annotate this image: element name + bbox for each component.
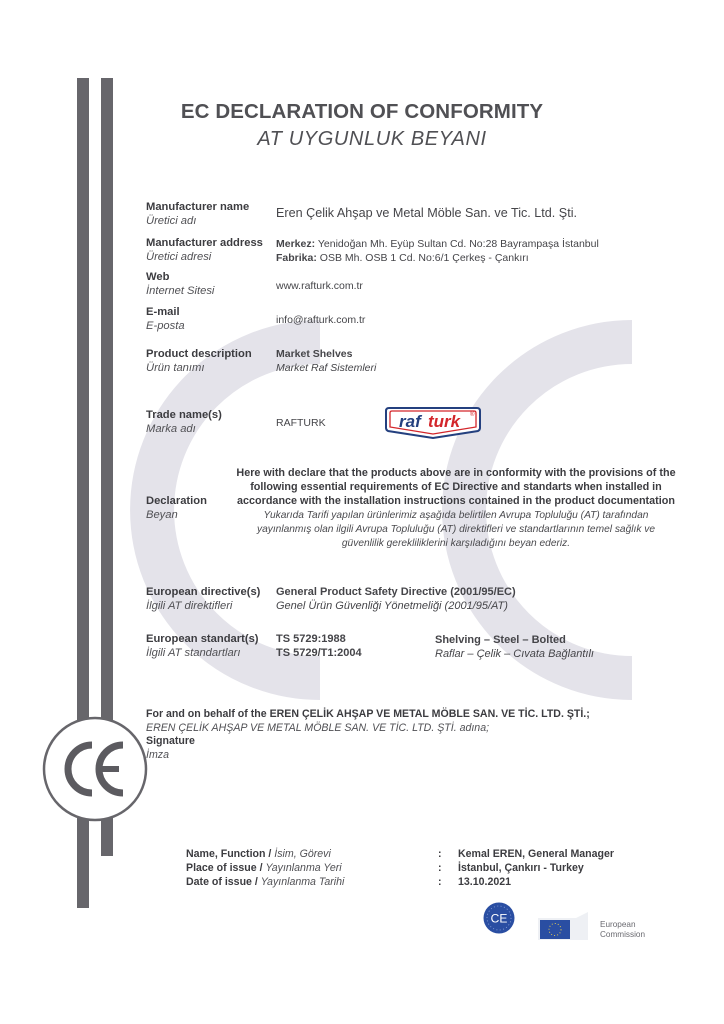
standards-label: European standart(s) İlgili AT standartl… xyxy=(146,632,259,660)
signatory-row: Place of issue / Yayınlanma Yeri : İstan… xyxy=(186,861,614,875)
signature-label-tr: İmza xyxy=(146,749,590,763)
on-behalf-tr: EREN ÇELİK AHŞAP VE METAL MÖBLE SAN. VE … xyxy=(146,722,590,736)
email-link[interactable]: info@rafturk.com.tr xyxy=(276,313,365,327)
manufacturer-name-value: Eren Çelik Ahşap ve Metal Möble San. ve … xyxy=(276,206,577,220)
web-link[interactable]: www.rafturk.com.tr xyxy=(276,279,363,293)
svg-text:turk: turk xyxy=(428,412,462,431)
svg-text:CE: CE xyxy=(491,912,508,926)
on-behalf-block: For and on behalf of the EREN ÇELİK AHŞA… xyxy=(146,708,590,763)
hq-address: Yenidoğan Mh. Eyüp Sultan Cd. No:28 Bayr… xyxy=(318,238,599,250)
standards-codes: TS 5729:1988 TS 5729/T1:2004 xyxy=(276,632,362,660)
european-commission-text: European Commission xyxy=(600,920,645,940)
page-subtitle: AT UYGUNLUK BEYANI xyxy=(0,128,724,151)
signatory-row: Name, Function / İsim, Görevi : Kemal ER… xyxy=(186,847,614,861)
hq-label: Merkez: xyxy=(276,238,315,250)
ce-mark-icon xyxy=(44,718,146,820)
svg-text:raf: raf xyxy=(399,412,423,431)
trade-name-label: Trade name(s) Marka adı xyxy=(146,408,222,436)
email-label: E-mail E-posta xyxy=(146,305,185,333)
ce-badge-icon: CE xyxy=(483,902,515,934)
standards-description: Shelving – Steel – Bolted Raflar – Çelik… xyxy=(435,633,594,661)
declaration-label: Declaration Beyan xyxy=(146,494,207,522)
svg-text:®: ® xyxy=(470,411,475,418)
directive-label: European directive(s) İlgili AT direktif… xyxy=(146,585,260,613)
factory-label: Fabrika: xyxy=(276,252,317,264)
rafturk-logo: raf turk ® xyxy=(385,405,481,439)
product-description-value: Market Shelves Market Raf Sistemleri xyxy=(276,347,376,375)
product-description-label: Product description Ürün tanımı xyxy=(146,347,252,375)
european-commission-logo xyxy=(536,910,596,942)
declaration-text: Here with declare that the products abov… xyxy=(226,467,686,550)
on-behalf-en: For and on behalf of the EREN ÇELİK AHŞA… xyxy=(146,708,590,722)
date-of-issue: 13.10.2021 xyxy=(458,875,511,889)
manufacturer-address-value: Merkez: Yenidoğan Mh. Eyüp Sultan Cd. No… xyxy=(276,237,599,265)
trade-name-value: RAFTURK xyxy=(276,416,326,430)
manufacturer-address-label: Manufacturer address Üretici adresi xyxy=(146,236,263,264)
web-label: Web İnternet Sitesi xyxy=(146,270,214,298)
manufacturer-name-label: Manufacturer name Üretici adı xyxy=(146,200,249,228)
signatory-name: Kemal EREN, General Manager xyxy=(458,847,614,861)
signature-label: Signature xyxy=(146,735,590,749)
directive-value: General Product Safety Directive (2001/9… xyxy=(276,585,516,613)
signatory-row: Date of issue / Yayınlanma Tarihi : 13.1… xyxy=(186,875,614,889)
factory-address: OSB Mh. OSB 1 Cd. No:6/1 Çerkeş - Çankır… xyxy=(320,252,529,264)
signatory-details: Name, Function / İsim, Görevi : Kemal ER… xyxy=(186,847,614,890)
page-title: EC DECLARATION OF CONFORMITY xyxy=(0,100,724,124)
place-of-issue: İstanbul, Çankırı - Turkey xyxy=(458,861,584,875)
